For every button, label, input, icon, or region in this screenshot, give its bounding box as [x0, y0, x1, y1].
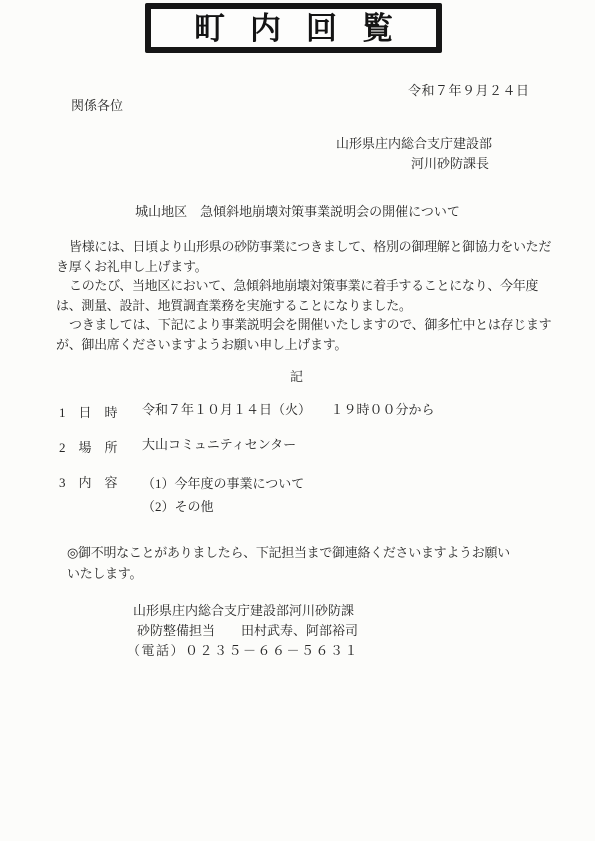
document-title: 城山地区 急傾斜地崩壊対策事業説明会の開催について [0, 201, 595, 220]
agenda-line-1: （1）今年度の事業について [142, 472, 304, 495]
contact-block: 山形県庄内総合支庁建設部河川砂防課 砂防整備担当 田村武寿、阿部裕司 （電話）０… [127, 601, 359, 660]
stamp-label: 町内回覧 [169, 13, 418, 44]
body-text: 皆様には、日頃より山形県の砂防事業につきまして、格別の御理解と御協力をいただき厚… [56, 237, 561, 354]
paragraph-invitation: つきましては、下記により事業説明会を開催いたしますので、御多忙中とは存じますが、… [56, 315, 561, 354]
paragraph-project: このたび、当地区において、急傾斜地崩壊対策事業に着手することになり、今年度は、測… [56, 276, 561, 315]
recipient: 関係各位 [71, 95, 123, 114]
notice-item-agenda: 3 内 容 （1）今年度の事業について （2）その他 [59, 472, 304, 518]
notice-item-datetime: 1 日 時 令和７年１０月１４日（火） １９時００分から [59, 402, 435, 421]
contact-phone: （電話）０２３５－６６－５６３１ [127, 641, 359, 661]
contact-persons: 砂防整備担当 田村武寿、阿部裕司 [127, 621, 359, 641]
item-value: 令和７年１０月１４日（火） １９時００分から [142, 402, 435, 418]
contact-note: ◎御不明なことがありましたら、下記担当まで御連絡くださいますようお願いいたします… [67, 542, 517, 584]
item-label: 1 日 時 [59, 402, 142, 421]
sender-title: 河川砂防課長 [411, 153, 489, 172]
item-label: 2 場 所 [59, 437, 142, 456]
item-label: 3 内 容 [59, 472, 142, 491]
notice-marker: 記 [0, 366, 595, 385]
issue-date: 令和７年９月２４日 [408, 80, 530, 99]
circulation-stamp-box: 町内回覧 [145, 3, 442, 53]
item-value-list: （1）今年度の事業について （2）その他 [142, 472, 304, 518]
sender-organization: 山形県庄内総合支庁建設部 [336, 133, 492, 152]
item-value: 大山コミュニティセンター [142, 437, 296, 453]
notice-item-place: 2 場 所 大山コミュニティセンター [59, 437, 296, 456]
paragraph-greeting: 皆様には、日頃より山形県の砂防事業につきまして、格別の御理解と御協力をいただき厚… [56, 237, 561, 276]
document-page: 町内回覧 令和７年９月２４日 関係各位 山形県庄内総合支庁建設部 河川砂防課長 … [0, 0, 595, 841]
contact-department: 山形県庄内総合支庁建設部河川砂防課 [127, 601, 359, 621]
agenda-line-2: （2）その他 [142, 495, 304, 518]
